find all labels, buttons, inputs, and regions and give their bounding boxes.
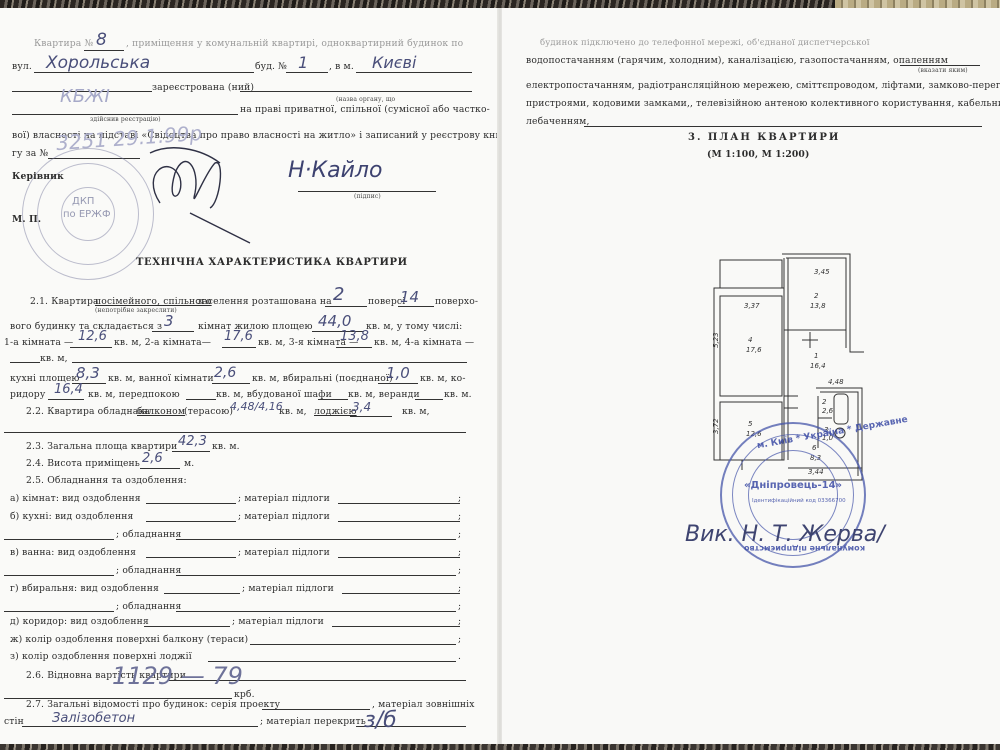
finishing-row-label: г) вбиральня: вид оздоблення	[10, 583, 159, 594]
bath-value: 2,6	[214, 365, 236, 381]
ownership-text: на праві приватної, спільної (сумісної а…	[240, 104, 490, 115]
finishing-row-label: б) кухні: вид оздоблення	[10, 511, 134, 522]
row-end: ;	[458, 493, 461, 504]
balcony-type: балконом	[137, 406, 185, 417]
utilities-line3: пристроями, кодовими замками,, телевізій…	[526, 98, 1000, 109]
restoration-cost-handwritten: 1129 — 79	[112, 662, 243, 690]
equipment-label: ; обладнання	[116, 601, 182, 612]
bud-label: буд. №	[255, 61, 287, 72]
svg-text:3,72: 3,72	[712, 418, 720, 434]
utilities-line2: електропостачанням, радіотрансляційною м…	[526, 80, 1000, 91]
svg-text:3,37: 3,37	[744, 302, 760, 310]
plan-title: 3. ПЛАН КВАРТИРИ	[688, 132, 840, 143]
registrar-handwritten: КБЖІ	[60, 86, 110, 107]
book-edge-cover	[835, 0, 1000, 8]
row-end: ;	[458, 529, 461, 540]
bud-value: 1	[298, 53, 308, 72]
svg-text:5: 5	[748, 420, 753, 428]
svg-text:17,6: 17,6	[746, 346, 762, 354]
equipment-label: ; обладнання	[116, 529, 182, 540]
plan-scale: (М 1:100, М 1:200)	[707, 149, 809, 160]
row-end: ;	[458, 583, 461, 594]
city-value: Києві	[372, 53, 416, 72]
corridor-value: 16,4	[54, 382, 83, 397]
street-label: вул.	[12, 61, 32, 72]
floor-value: 2	[333, 284, 344, 305]
signature-hint: (підпис)	[354, 193, 381, 200]
row-end: ;	[458, 601, 461, 612]
svg-text:2,6: 2,6	[822, 407, 834, 415]
row-end: ;	[458, 616, 461, 627]
finishing-row-label: д) коридор: вид оздоблення	[10, 616, 149, 627]
utilities-line4: лебаченням,	[526, 116, 590, 127]
apt-no-label: Квартира №	[34, 38, 93, 49]
toilet-value: 1,0	[386, 364, 410, 382]
book-edge-top	[0, 0, 1000, 8]
finishing-row-label: в) ванна: вид оздоблення	[10, 547, 136, 558]
row-end: .	[458, 651, 461, 662]
wall-material-value: Залізобетон	[52, 711, 135, 726]
left-page: Квартира № 8 , приміщення у комунальній …	[0, 8, 498, 744]
finishing-row-label: а) кімнат: вид оздоблення	[10, 493, 141, 504]
finishing-row-mid: ; матеріал підлоги	[242, 583, 334, 594]
city-label: , в м.	[329, 61, 354, 72]
executor-signature: Вик. Н. Т. Жерва/	[685, 522, 885, 547]
telephone-line: будинок підключено до телефонної мережі,…	[540, 38, 870, 48]
finishing-row-label: з) колір оздоблення поверхні лоджії	[10, 651, 192, 662]
loggia-area-value: 3,4	[352, 400, 371, 414]
living-area-value: 44,0	[318, 312, 351, 330]
balcony-area-value: 4,48/4,16	[230, 400, 283, 413]
registrar-hint: (назва органу, що	[336, 96, 395, 103]
svg-text:4: 4	[748, 336, 752, 344]
row-end: ;	[458, 547, 461, 558]
apt-no-value: 8	[96, 30, 107, 50]
row-end: ;	[458, 511, 461, 522]
ceiling-height-value: 2,6	[142, 451, 163, 466]
svg-text:1: 1	[814, 352, 818, 360]
registration-hint: здійснив реєстрацію)	[90, 116, 161, 123]
svg-text:2: 2	[822, 398, 827, 406]
finishing-row-mid: ; матеріал підлоги	[238, 493, 330, 504]
svg-text:2: 2	[814, 292, 819, 300]
line1-text: , приміщення у комунальній квартирі, одн…	[126, 38, 463, 49]
kitchen-value: 8,3	[76, 364, 100, 382]
total-area-value: 42,3	[178, 434, 207, 449]
head-signature-name: Н·Кайло	[288, 158, 382, 183]
register-no-label: гу за №	[12, 148, 48, 159]
street-value: Хорольська	[46, 53, 150, 73]
section-title: ТЕХНІЧНА ХАРАКТЕРИСТИКА КВАРТИРИ	[136, 257, 408, 268]
floor-slab-material-value: з/б	[364, 708, 397, 733]
head-scribble-signature	[130, 133, 290, 243]
finishing-row-mid: ; матеріал підлоги	[238, 547, 330, 558]
row-end: ;	[458, 634, 461, 645]
registered-label: зареєстрована (ний)	[152, 82, 254, 93]
finishing-row-mid: ; матеріал підлоги	[232, 616, 324, 627]
finishing-row-mid: ; матеріал підлоги	[238, 511, 330, 522]
room1-value: 12,6	[78, 329, 107, 344]
svg-text:5,23: 5,23	[712, 332, 720, 348]
settlement-type: посімейного, спільного	[95, 296, 212, 307]
rooms-value: 3	[164, 312, 174, 330]
svg-text:4,48: 4,48	[828, 378, 844, 386]
finishing-row-label: ж) колір оздоблення поверхні балкону (те…	[10, 634, 248, 645]
row-end: ;	[458, 565, 461, 576]
book-edge-bottom	[0, 744, 1000, 750]
svg-text:16,4: 16,4	[810, 362, 826, 370]
room2-value: 17,6	[224, 329, 253, 344]
utilities-line1: водопостачанням (гарячим, холодним), кан…	[526, 55, 948, 66]
equipment-label: ; обладнання	[116, 565, 182, 576]
floors-total-value: 14	[400, 288, 419, 306]
room3-value: 13,8	[340, 329, 369, 344]
svg-text:13,8: 13,8	[810, 302, 826, 310]
svg-text:3,45: 3,45	[814, 268, 830, 276]
right-page: будинок підключено до телефонної мережі,…	[502, 8, 1000, 744]
head-label: Керівник	[12, 171, 64, 182]
mp-label: М. П.	[12, 214, 41, 225]
